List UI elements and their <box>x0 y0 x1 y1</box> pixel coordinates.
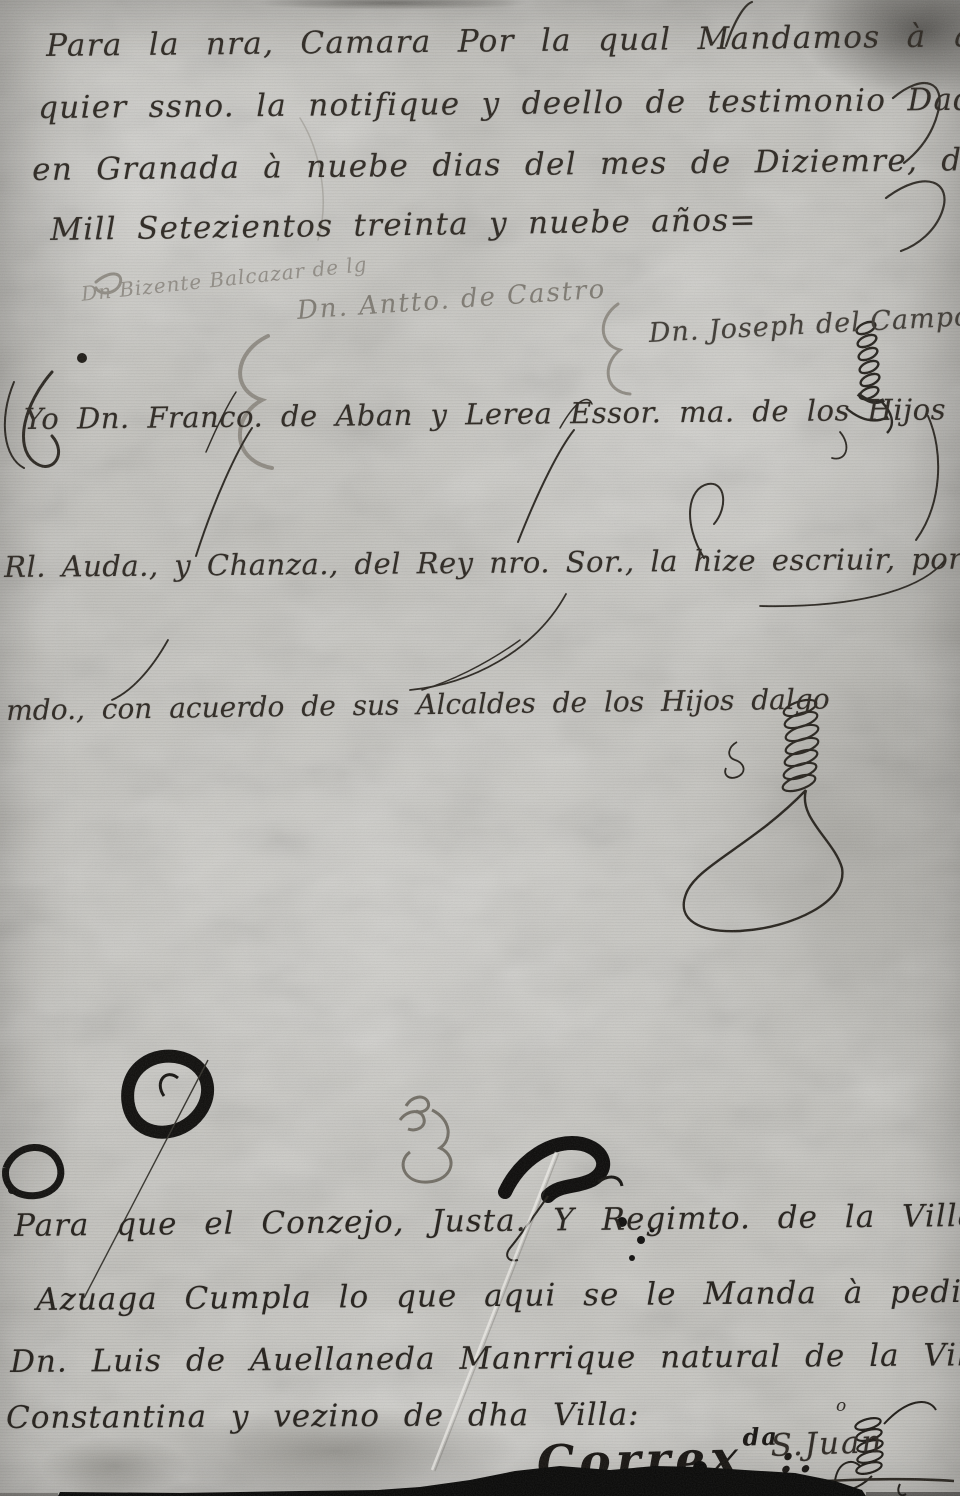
manuscript-scan: Para la nra, Camara Por la qual Mandamos… <box>0 0 960 1496</box>
bottom-edge-damage <box>0 1461 960 1496</box>
edge-damage-layer <box>0 0 960 1496</box>
